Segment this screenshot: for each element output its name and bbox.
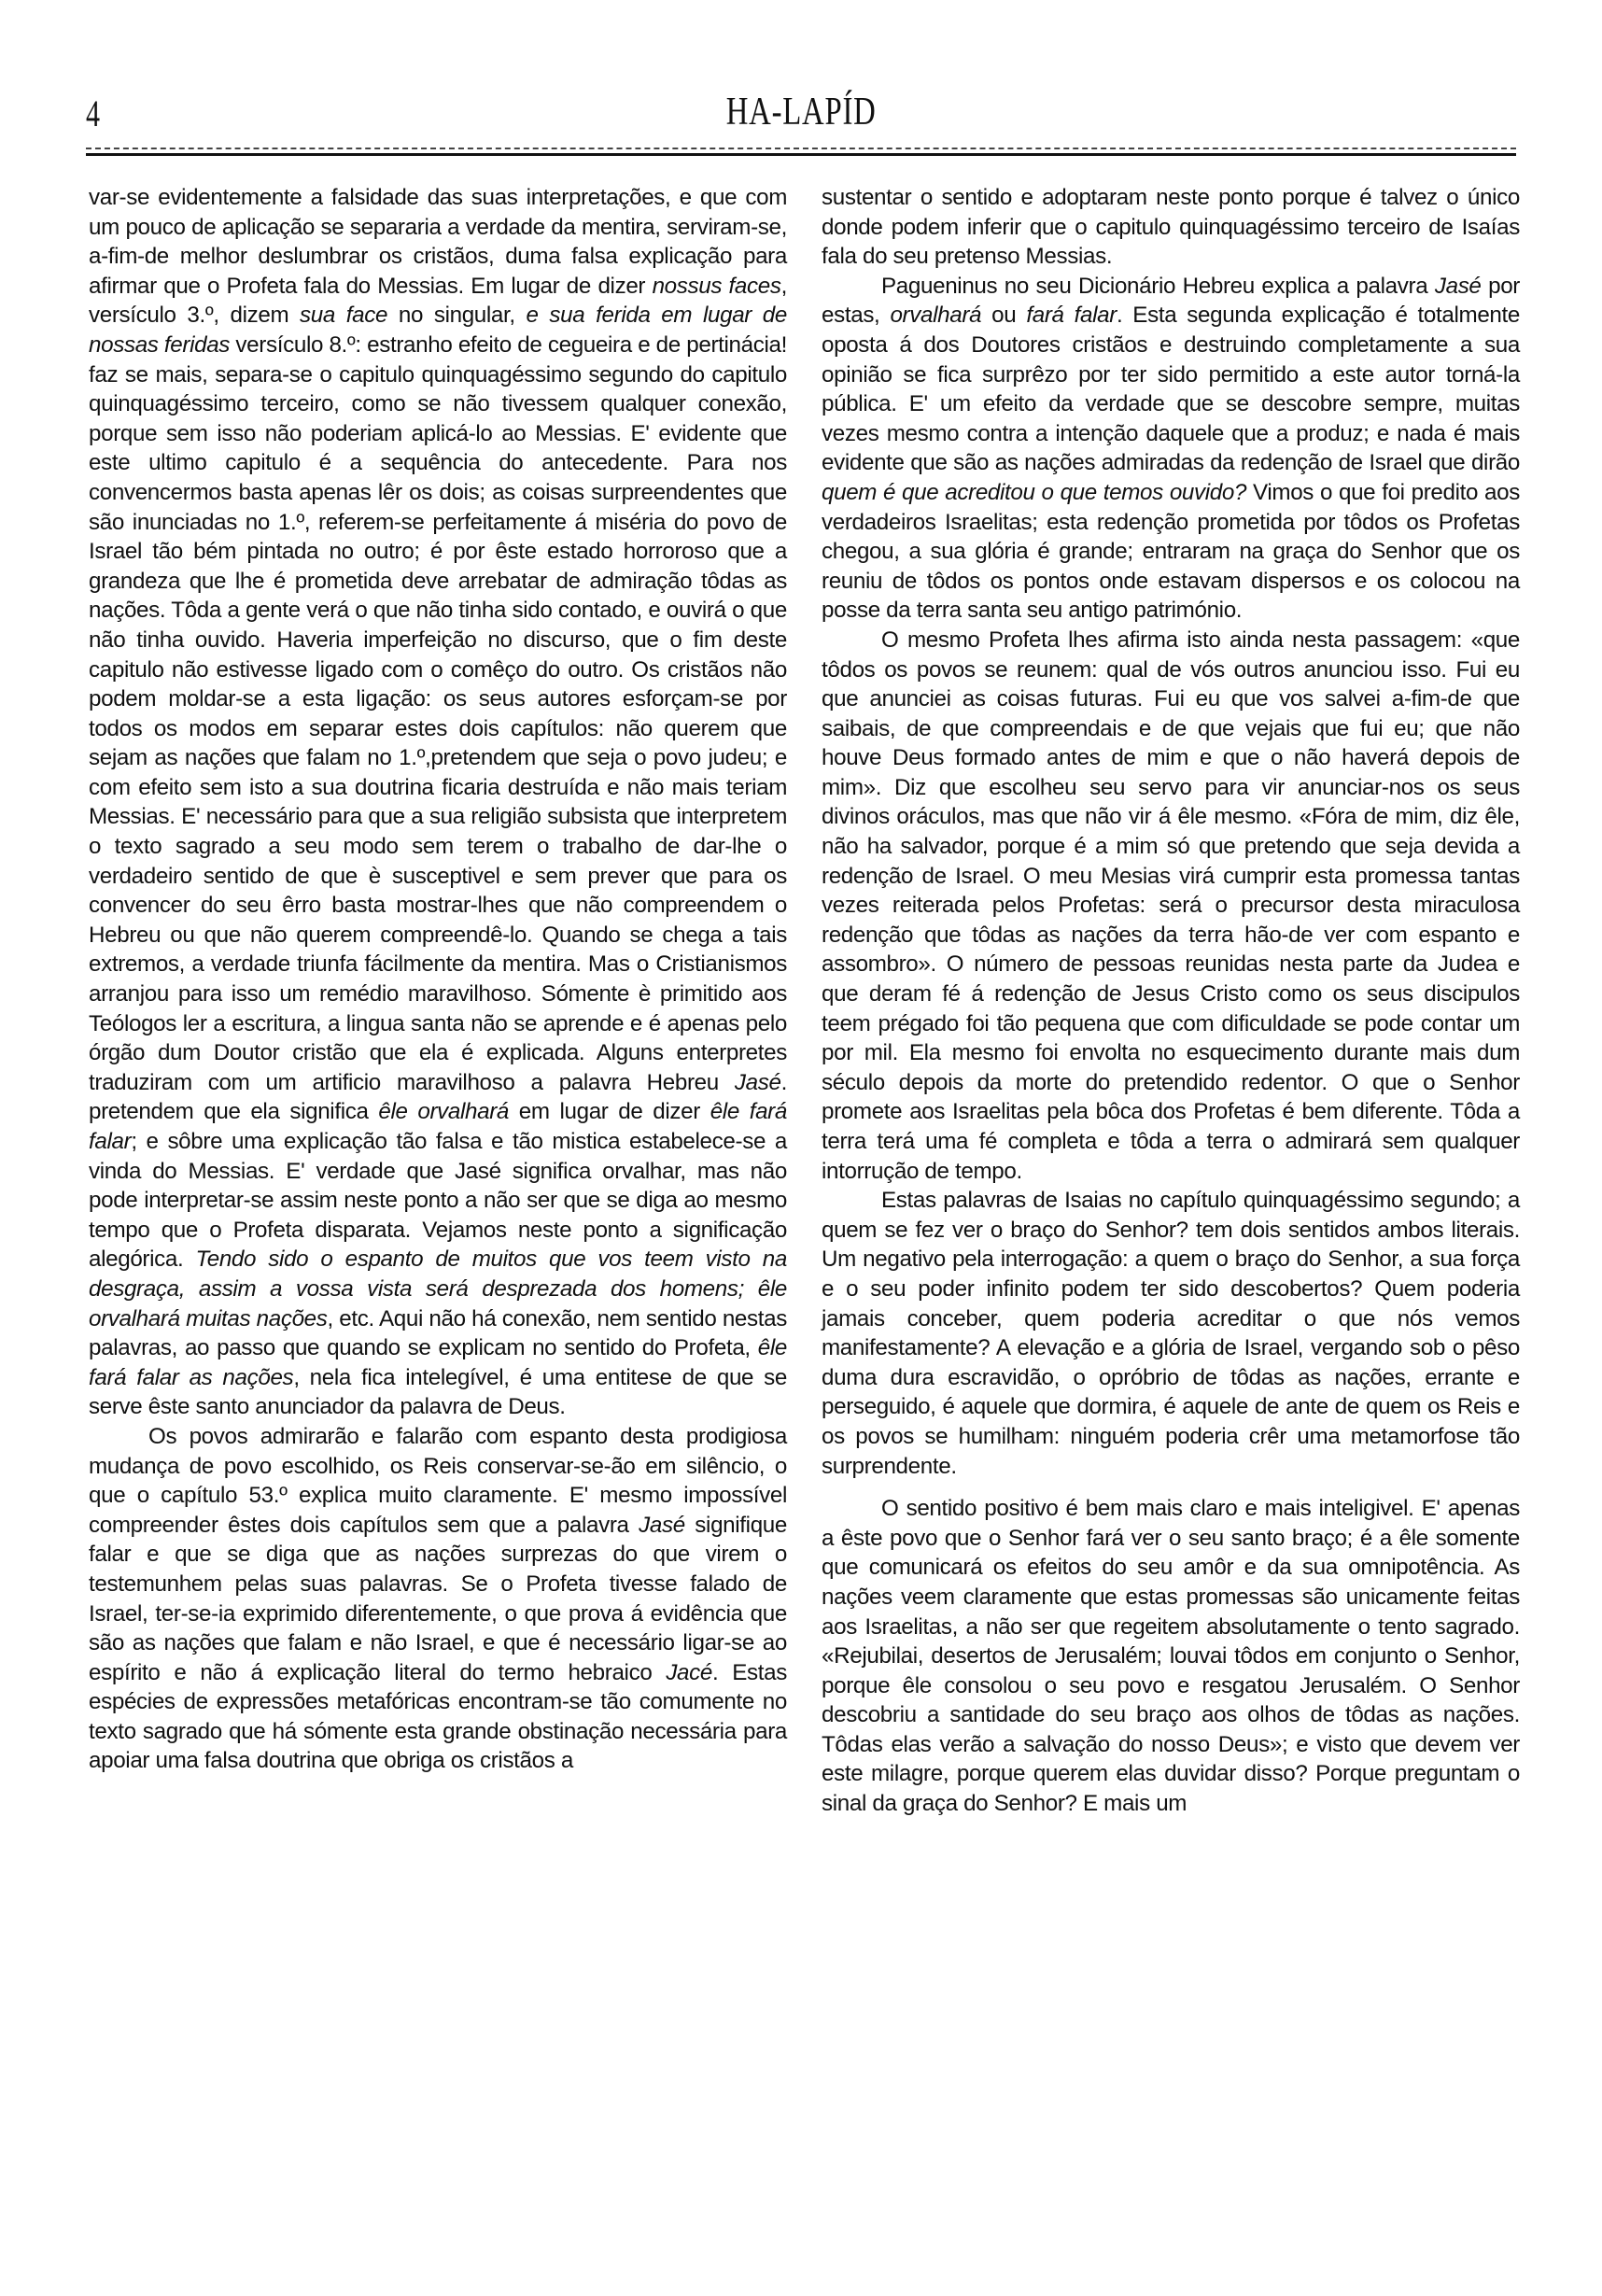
paragraph: Estas palavras de Isaias no capítulo qui… (822, 1186, 1520, 1481)
text-column-right: sustentar o sentido e adoptaram neste po… (822, 183, 1520, 1819)
text-run: ou (981, 303, 1026, 328)
text-run: sustentar o sentido e adoptaram neste po… (822, 185, 1520, 269)
text-column-left: var-se evidentemente a falsidade das sua… (89, 183, 787, 1776)
text-run: Pagueninus no seu Dicionário Hebreu expl… (881, 274, 1435, 299)
paragraph: Os povos admirarão e falarão com espanto… (89, 1422, 787, 1776)
text-run: O mesmo Profeta lhes afirma isto ainda n… (822, 627, 1520, 1184)
paragraph: Pagueninus no seu Dicionário Hebreu expl… (822, 272, 1520, 626)
italic-text: Jasé (639, 1513, 685, 1538)
paragraph: O mesmo Profeta lhes afirma isto ainda n… (822, 626, 1520, 1186)
italic-text: orvalhará (890, 303, 981, 328)
italic-text: Jacé (666, 1660, 712, 1685)
header-rule-top (86, 148, 1516, 149)
header-rule-bottom (86, 153, 1516, 156)
paragraph: sustentar o sentido e adoptaram neste po… (822, 183, 1520, 272)
italic-text: nossus faces (653, 274, 781, 299)
text-run: O sentido positivo é bem mais claro e ma… (822, 1496, 1520, 1816)
italic-text: Jasé (735, 1070, 781, 1095)
text-run: no singular, (387, 303, 526, 328)
text-run: em lugar de dizer (509, 1099, 710, 1124)
text-run: versículo 8.º: estranho efeito de ceguei… (89, 332, 787, 1095)
masthead-title: HA-LAPÍD (86, 90, 1516, 134)
italic-text: êle orvalhará (378, 1099, 509, 1124)
italic-text: quem é que acreditou o que temos ouvido? (822, 480, 1246, 505)
text-run: . Esta segunda explicação é totalmente o… (822, 303, 1520, 475)
paragraph: var-se evidentemente a falsidade das sua… (89, 183, 787, 1422)
italic-text: fará falar (1026, 303, 1117, 328)
text-run: Estas palavras de Isaias no capítulo qui… (822, 1188, 1520, 1478)
paragraph: O sentido positivo é bem mais claro e ma… (822, 1494, 1520, 1819)
italic-text: sua face (300, 303, 387, 328)
italic-text: Jasé (1435, 274, 1482, 299)
page-header: 4 HA-LAPÍD (86, 86, 1516, 142)
